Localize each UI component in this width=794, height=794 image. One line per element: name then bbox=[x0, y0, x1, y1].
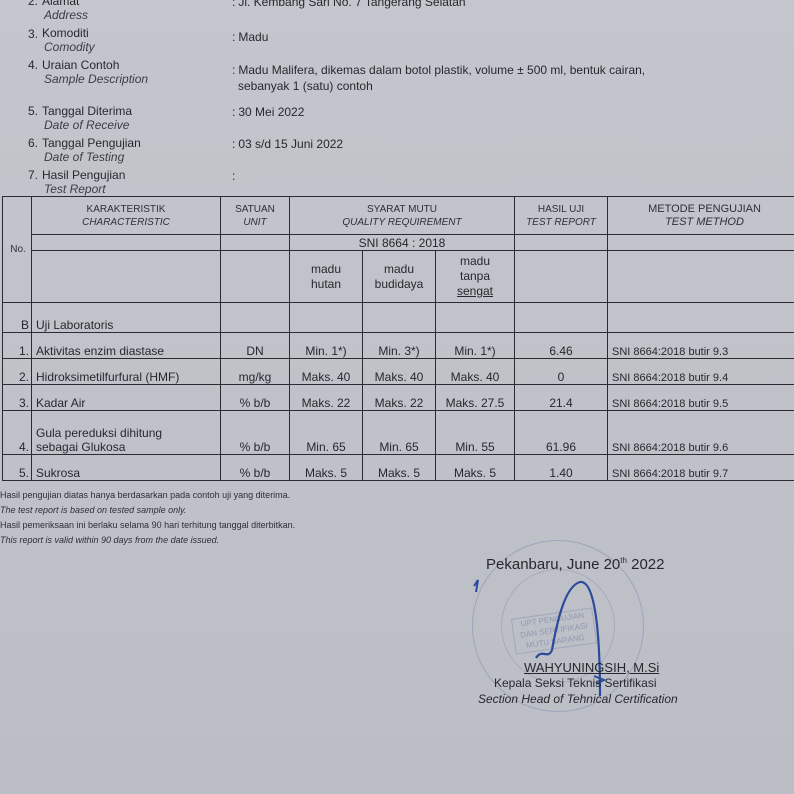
section-row: B Uji Laboratoris bbox=[3, 303, 794, 333]
header-test-method: METODE PENGUJIANTEST METHOD bbox=[608, 197, 794, 235]
requirement-hutan-cell: Maks. 22 bbox=[290, 385, 363, 411]
empty-cell bbox=[515, 251, 608, 303]
note-line: This report is valid within 90 days from… bbox=[0, 533, 295, 548]
requirement-tanpa-sengat-cell: Min. 1*) bbox=[436, 333, 515, 359]
table-row: 1.Aktivitas enzim diastaseDNMin. 1*)Min.… bbox=[3, 333, 794, 359]
empty-cell bbox=[608, 303, 794, 333]
header-unit: SATUANUNIT bbox=[221, 197, 290, 235]
characteristic-cell: Gula pereduksi dihitungsebagai Glukosa bbox=[32, 411, 221, 455]
info-number: 5. bbox=[24, 104, 38, 118]
header-madu-hutan: maduhutan bbox=[290, 251, 363, 303]
info-number: 6. bbox=[24, 136, 38, 150]
method-cell: SNI 8664:2018 butir 9.3 bbox=[608, 333, 794, 359]
info-number: 4. bbox=[24, 58, 38, 72]
info-value: :03 s/d 15 Juni 2022 bbox=[232, 136, 343, 152]
note-line: The test report is based on tested sampl… bbox=[0, 503, 295, 518]
header-quality-requirement: SYARAT MUTUQUALITY REQUIREMENT bbox=[290, 197, 515, 235]
method-cell: SNI 8664:2018 butir 9.7 bbox=[608, 455, 794, 481]
row-number: 5. bbox=[3, 455, 32, 481]
characteristic-cell: Sukrosa bbox=[32, 455, 221, 481]
result-cell: 61.96 bbox=[515, 411, 608, 455]
info-value: :Madu Malifera, dikemas dalam botol plas… bbox=[232, 62, 645, 94]
info-label: Tanggal PengujianDate of Testing bbox=[42, 136, 141, 164]
method-cell: SNI 8664:2018 butir 9.4 bbox=[608, 359, 794, 385]
requirement-hutan-cell: Maks. 5 bbox=[290, 455, 363, 481]
header-characteristic: KARAKTERISTIKCHARACTERISTIC bbox=[32, 197, 221, 235]
unit-cell: mg/kg bbox=[221, 359, 290, 385]
method-cell: SNI 8664:2018 butir 9.6 bbox=[608, 411, 794, 455]
empty-cell bbox=[290, 303, 363, 333]
empty-cell bbox=[221, 251, 290, 303]
info-label: Uraian ContohSample Description bbox=[42, 58, 148, 86]
table-row: 2.Hidroksimetilfurfural (HMF)mg/kgMaks. … bbox=[3, 359, 794, 385]
info-label: Tanggal DiterimaDate of Receive bbox=[42, 104, 132, 132]
row-number: 1. bbox=[3, 333, 32, 359]
section-code: B bbox=[3, 303, 32, 333]
info-label: KomoditiComodity bbox=[42, 26, 95, 54]
note-line: Hasil pengujian diatas hanya berdasarkan… bbox=[0, 488, 295, 503]
characteristic-cell: Hidroksimetilfurfural (HMF) bbox=[32, 359, 221, 385]
requirement-budidaya-cell: Min. 3*) bbox=[363, 333, 436, 359]
requirement-tanpa-sengat-cell: Maks. 40 bbox=[436, 359, 515, 385]
empty-cell bbox=[32, 251, 221, 303]
requirement-budidaya-cell: Min. 65 bbox=[363, 411, 436, 455]
table-row: 3.Kadar Air% b/bMaks. 22Maks. 22Maks. 27… bbox=[3, 385, 794, 411]
result-cell: 21.4 bbox=[515, 385, 608, 411]
signer-name: WAHYUNINGSIH, M.Si bbox=[524, 660, 659, 675]
unit-cell: % b/b bbox=[221, 411, 290, 455]
empty-cell bbox=[608, 251, 794, 303]
info-value: : bbox=[232, 168, 238, 184]
requirement-budidaya-cell: Maks. 22 bbox=[363, 385, 436, 411]
requirement-tanpa-sengat-cell: Min. 55 bbox=[436, 411, 515, 455]
empty-cell bbox=[32, 235, 221, 251]
empty-cell bbox=[515, 235, 608, 251]
info-number: 7. bbox=[24, 168, 38, 182]
header-standard: SNI 8664 : 2018 bbox=[290, 235, 515, 251]
document-page: 2. AlamatAddress :Jl. Kembang Sari No. 7… bbox=[0, 0, 794, 794]
characteristic-cell: Aktivitas enzim diastase bbox=[32, 333, 221, 359]
requirement-hutan-cell: Min. 1*) bbox=[290, 333, 363, 359]
unit-cell: % b/b bbox=[221, 385, 290, 411]
empty-cell bbox=[436, 303, 515, 333]
result-cell: 1.40 bbox=[515, 455, 608, 481]
empty-cell bbox=[515, 303, 608, 333]
row-number: 3. bbox=[3, 385, 32, 411]
header-test-result: HASIL UJITEST REPORT bbox=[515, 197, 608, 235]
info-value: :Madu bbox=[232, 29, 268, 45]
signer-title-en: Section Head of Tehnical Certification bbox=[478, 692, 678, 706]
info-label: AlamatAddress bbox=[42, 0, 88, 22]
note-line: Hasil pemeriksaan ini berlaku selama 90 … bbox=[0, 518, 295, 533]
requirement-hutan-cell: Maks. 40 bbox=[290, 359, 363, 385]
test-results-table: No. KARAKTERISTIKCHARACTERISTIC SATUANUN… bbox=[2, 196, 794, 481]
info-number: 3. bbox=[24, 27, 38, 41]
signer-title: Kepala Seksi Teknis Sertifikasi bbox=[494, 676, 657, 690]
empty-cell bbox=[608, 235, 794, 251]
empty-cell bbox=[363, 303, 436, 333]
report-notes: Hasil pengujian diatas hanya berdasarkan… bbox=[0, 488, 295, 548]
result-cell: 6.46 bbox=[515, 333, 608, 359]
table-row: 4.Gula pereduksi dihitungsebagai Glukosa… bbox=[3, 411, 794, 455]
header-madu-budidaya: madubudidaya bbox=[363, 251, 436, 303]
table-row: 5.Sukrosa% b/bMaks. 5Maks. 5Maks. 51.40S… bbox=[3, 455, 794, 481]
info-value: :30 Mei 2022 bbox=[232, 104, 304, 120]
header-no: No. bbox=[3, 197, 32, 303]
result-cell: 0 bbox=[515, 359, 608, 385]
method-cell: SNI 8664:2018 butir 9.5 bbox=[608, 385, 794, 411]
section-label: Uji Laboratoris bbox=[32, 303, 221, 333]
row-number: 2. bbox=[3, 359, 32, 385]
requirement-hutan-cell: Min. 65 bbox=[290, 411, 363, 455]
requirement-tanpa-sengat-cell: Maks. 27.5 bbox=[436, 385, 515, 411]
info-number: 2. bbox=[24, 0, 38, 8]
characteristic-cell: Kadar Air bbox=[32, 385, 221, 411]
empty-cell bbox=[221, 235, 290, 251]
requirement-tanpa-sengat-cell: Maks. 5 bbox=[436, 455, 515, 481]
row-number: 4. bbox=[3, 411, 32, 455]
requirement-budidaya-cell: Maks. 40 bbox=[363, 359, 436, 385]
info-value: :Jl. Kembang Sari No. 7 Tangerang Selata… bbox=[232, 0, 466, 10]
unit-cell: % b/b bbox=[221, 455, 290, 481]
info-label: Hasil PengujianTest Report bbox=[42, 168, 125, 196]
unit-cell: DN bbox=[221, 333, 290, 359]
header-madu-tanpa-sengat: madutanpasengat bbox=[436, 251, 515, 303]
requirement-budidaya-cell: Maks. 5 bbox=[363, 455, 436, 481]
empty-cell bbox=[221, 303, 290, 333]
